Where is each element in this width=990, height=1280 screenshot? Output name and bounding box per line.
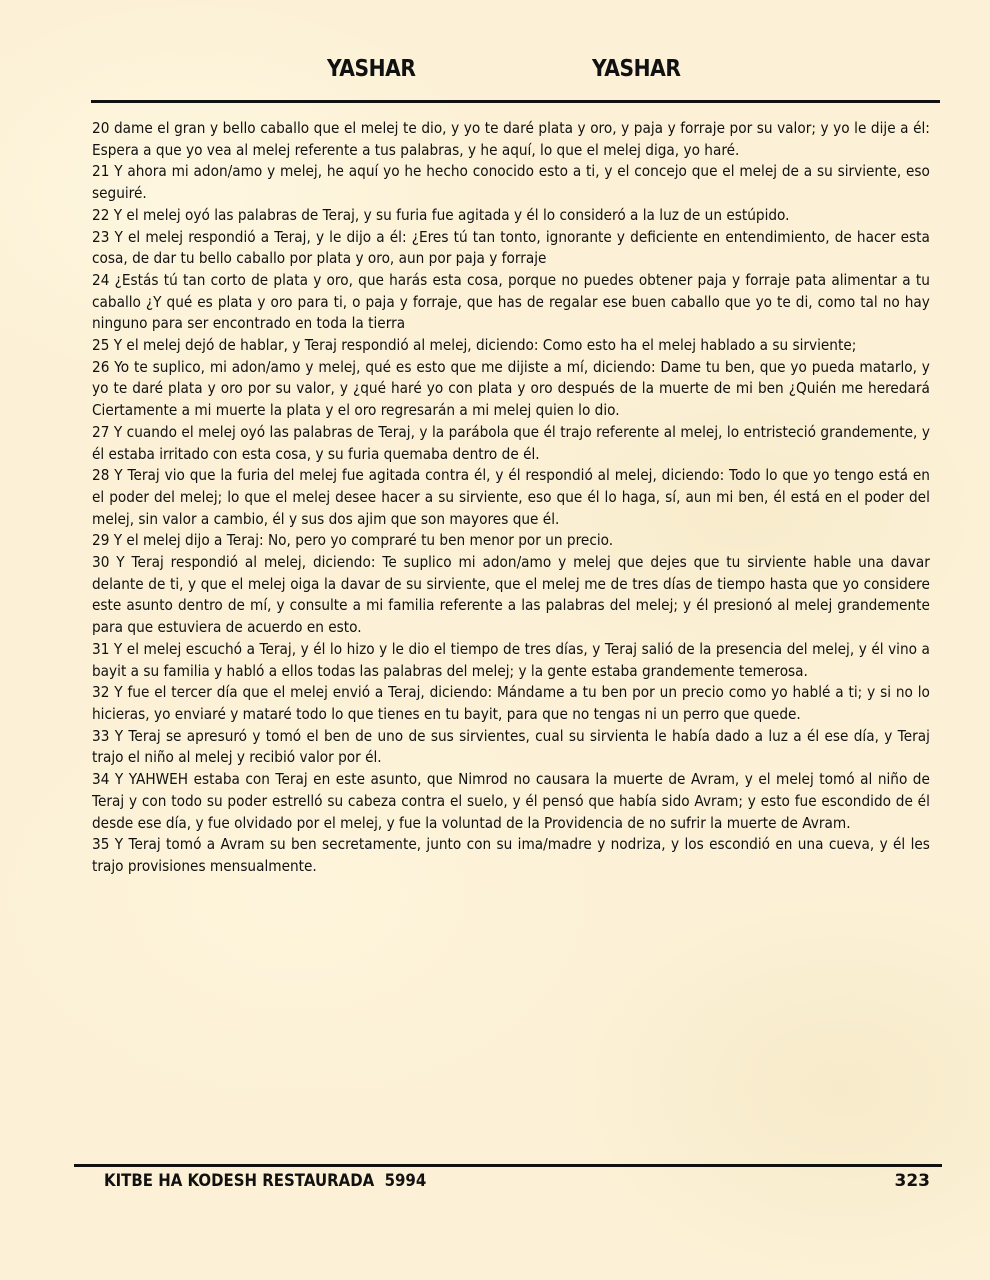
verse: 21 Y ahora mi adon/amo y melej, he aquí … <box>92 161 930 204</box>
verse-number: 33 <box>92 727 109 745</box>
verse: 31 Y el melej escuchó a Teraj, y él lo h… <box>92 639 930 682</box>
running-title-left: YASHAR <box>327 56 416 82</box>
verse-body: 20 dame el gran y bello caballo que el m… <box>92 118 930 878</box>
page-number: 323 <box>895 1171 931 1191</box>
verse-number: 20 <box>92 119 109 137</box>
verse-number: 21 <box>92 162 109 180</box>
verse-text: Y el melej oyó las palabras de Teraj, y … <box>114 206 790 224</box>
running-title-right: YASHAR <box>592 56 681 82</box>
verse-number: 23 <box>92 228 109 246</box>
header-divider <box>91 100 940 103</box>
verse-number: 26 <box>92 358 109 376</box>
verse: 32 Y fue el tercer día que el melej envi… <box>92 682 930 725</box>
verse-text: Y cuando el melej oyó las palabras de Te… <box>92 423 930 463</box>
verse-text: Y Teraj tomó a Avram su ben secretamente… <box>92 835 930 875</box>
verse-number: 35 <box>92 835 109 853</box>
verse-text: Y el melej respondió a Teraj, y le dijo … <box>92 228 930 268</box>
verse: 33 Y Teraj se apresuró y tomó el ben de … <box>92 726 930 769</box>
footer-book-title: KITBE HA KODESH RESTAURADA 5994 <box>104 1171 426 1191</box>
verse-number: 29 <box>92 531 109 549</box>
verse-number: 28 <box>92 466 109 484</box>
verse-number: 32 <box>92 683 109 701</box>
footer-divider <box>74 1164 942 1167</box>
verse-number: 25 <box>92 336 109 354</box>
verse-number: 31 <box>92 640 109 658</box>
verse-text: ¿Estás tú tan corto de plata y oro, que … <box>92 271 930 332</box>
verse-text: Y ahora mi adon/amo y melej, he aquí yo … <box>92 162 930 202</box>
verse-number: 24 <box>92 271 109 289</box>
verse: 23 Y el melej respondió a Teraj, y le di… <box>92 227 930 270</box>
verse: 34 Y YAHWEH estaba con Teraj en este asu… <box>92 769 930 834</box>
verse: 25 Y el melej dejó de hablar, y Teraj re… <box>92 335 930 357</box>
verse-text: Y el melej escuchó a Teraj, y él lo hizo… <box>92 640 930 680</box>
verse: 26 Yo te suplico, mi adon/amo y melej, q… <box>92 357 930 422</box>
verse-text: Y fue el tercer día que el melej envió a… <box>92 683 930 723</box>
verse-number: 30 <box>92 553 109 571</box>
verse-text: Y Teraj vio que la furia del melej fue a… <box>92 466 930 527</box>
verse: 22 Y el melej oyó las palabras de Teraj,… <box>92 205 930 227</box>
verse: 27 Y cuando el melej oyó las palabras de… <box>92 422 930 465</box>
verse-list: 20 dame el gran y bello caballo que el m… <box>92 118 930 878</box>
verse-text: Y el melej dejó de hablar, y Teraj respo… <box>114 336 857 354</box>
verse-number: 27 <box>92 423 109 441</box>
verse-text: Y Teraj se apresuró y tomó el ben de uno… <box>92 727 930 767</box>
verse-number: 34 <box>92 770 109 788</box>
verse: 29 Y el melej dijo a Teraj: No, pero yo … <box>92 530 930 552</box>
verse: 20 dame el gran y bello caballo que el m… <box>92 118 930 161</box>
verse: 24 ¿Estás tú tan corto de plata y oro, q… <box>92 270 930 335</box>
verse-text: Y Teraj respondió al melej, diciendo: Te… <box>92 553 930 636</box>
verse-text: dame el gran y bello caballo que el mele… <box>92 119 930 159</box>
verse-text: Yo te suplico, mi adon/amo y melej, qué … <box>92 358 930 419</box>
verse-text: Y YAHWEH estaba con Teraj en este asunto… <box>92 770 930 831</box>
verse: 35 Y Teraj tomó a Avram su ben secretame… <box>92 834 930 877</box>
page-header: YASHAR YASHAR <box>0 56 990 92</box>
verse-number: 22 <box>92 206 109 224</box>
verse: 30 Y Teraj respondió al melej, diciendo:… <box>92 552 930 639</box>
verse: 28 Y Teraj vio que la furia del melej fu… <box>92 465 930 530</box>
verse-text: Y el melej dijo a Teraj: No, pero yo com… <box>114 531 613 549</box>
